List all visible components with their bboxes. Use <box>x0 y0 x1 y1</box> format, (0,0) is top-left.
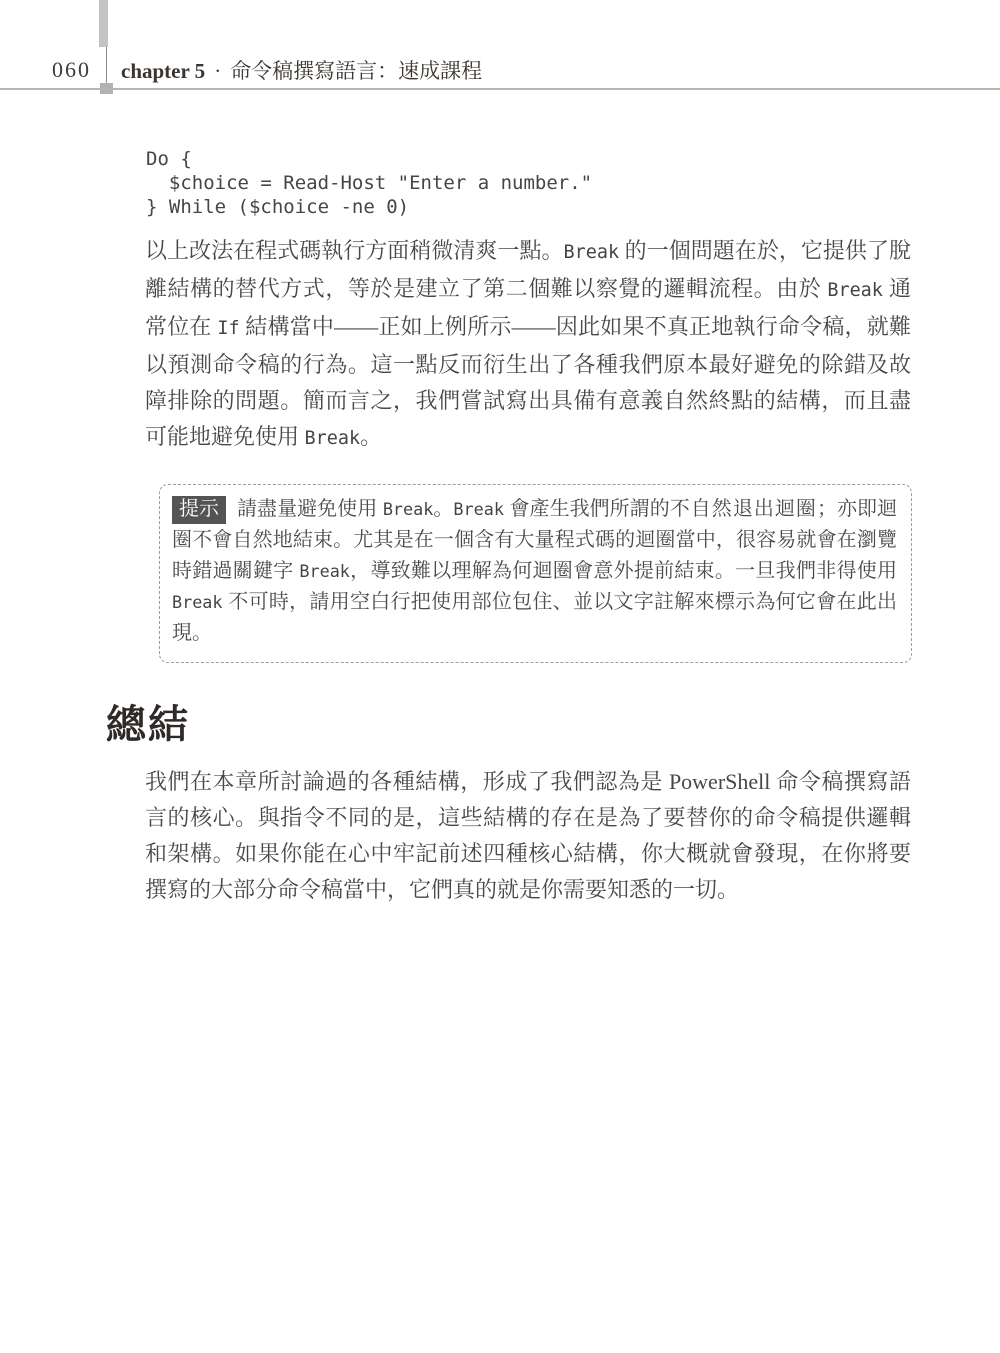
tip-box: 提示請盡量避免使用 Break。Break 會產生我們所謂的不自然退出迴圈；亦即… <box>159 484 912 663</box>
tip-badge: 提示 <box>172 496 226 524</box>
inline-text: 請盡量避免使用 <box>237 498 383 520</box>
section-heading-summary: 總結 <box>106 693 190 750</box>
paragraph-summary: 我們在本章所討論過的各種結構，形成了我們認為是 PowerShell 命令稿撰寫… <box>145 764 911 908</box>
inline-text: 以上改法在程式碼執行方面稍微清爽一點。 <box>145 238 564 263</box>
chapter-title: 命令稿撰寫語言：速成課程 <box>230 59 482 83</box>
inline-text: 。 <box>433 498 453 520</box>
inline-emph: 不自然退出迴圈 <box>670 498 817 520</box>
inline-text: 會產生我們所謂的 <box>504 498 670 520</box>
header-horizontal-rule <box>0 88 1000 90</box>
inline-code: Break <box>827 280 883 301</box>
running-head: chapter 5·命令稿撰寫語言：速成課程 <box>121 55 482 85</box>
chapter-thumb-tab <box>99 0 108 47</box>
inline-code: Break <box>383 499 434 519</box>
tip-text: 請盡量避免使用 Break。Break 會產生我們所謂的不自然退出迴圈；亦即迴圈… <box>172 498 897 644</box>
inline-text: ，導致難以理解為何迴圈會意外提前結束。一旦我們非得使用 <box>350 560 897 582</box>
paragraph-break-discussion: 以上改法在程式碼執行方面稍微清爽一點。Break 的一個問題在於，它提供了脫離結… <box>145 233 911 457</box>
page-number: 060 <box>52 57 91 83</box>
inline-text: 我們在本章所討論過的各種結構，形成了我們認為是 PowerShell 命令稿撰寫… <box>145 769 911 902</box>
book-page: 060 chapter 5·命令稿撰寫語言：速成課程 Do { $choice … <box>0 0 1000 1353</box>
inline-code: Break <box>172 592 223 612</box>
inline-text: 結構當中——正如上例所示——因此如果不真正地執行命令稿，就難以預測命令稿的行為。… <box>145 314 911 449</box>
chapter-separator: · <box>214 59 221 83</box>
code-listing: Do { $choice = Read-Host "Enter a number… <box>146 147 592 219</box>
chapter-label: chapter 5 <box>121 59 205 83</box>
inline-text: 。 <box>360 424 382 449</box>
inline-text: 不可時，請用空白行把使用部位包住、並以文字註解來標示為何它會在此出現。 <box>172 591 897 644</box>
inline-code: Break <box>564 242 620 263</box>
inline-code: Break <box>299 561 350 581</box>
inline-code: If <box>217 318 239 339</box>
inline-code: Break <box>453 499 504 519</box>
inline-code: Break <box>305 428 361 449</box>
header-divider-line <box>106 47 107 88</box>
